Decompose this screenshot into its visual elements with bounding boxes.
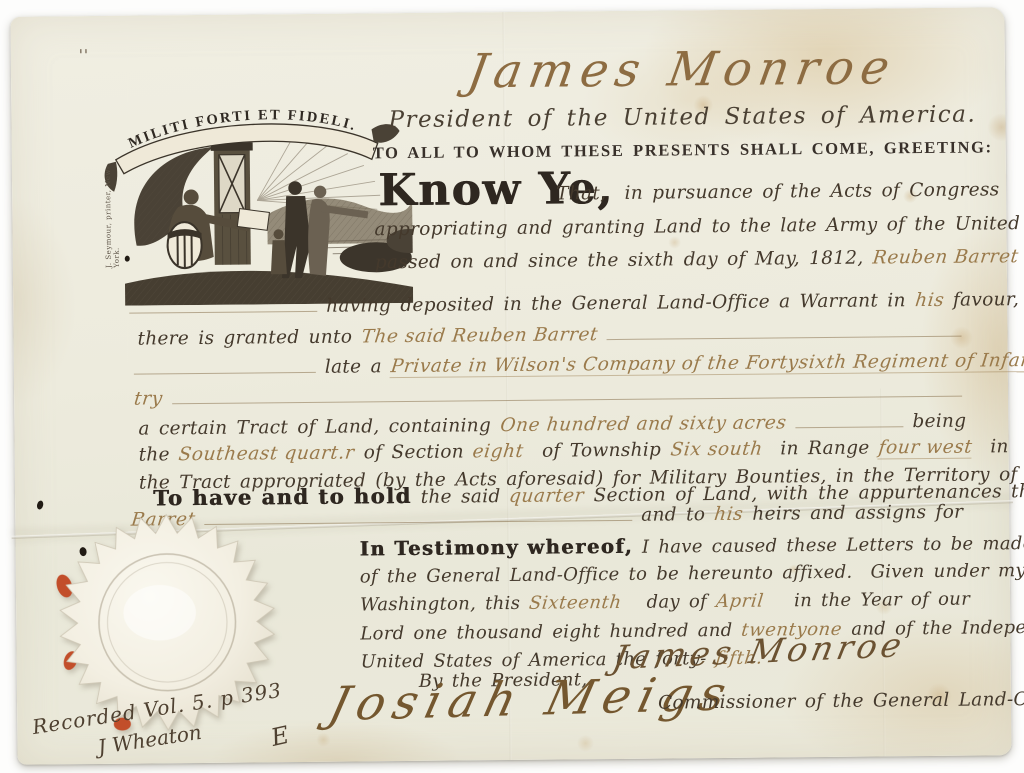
scanned-document-page: '' <box>0 0 1024 773</box>
blank-rule <box>172 379 963 404</box>
in-text: in <box>990 436 1009 457</box>
blank-rule <box>129 294 317 313</box>
tract-text-1: a certain Tract of Land, containing <box>138 415 491 439</box>
year-of-our-text: in the Year of our <box>794 589 970 612</box>
service-continuation-line: try <box>134 379 962 410</box>
testimonium-line-1: In Testimony whereof, I have caused thes… <box>359 529 1024 560</box>
the-text: the <box>139 444 170 465</box>
acreage-line: a certain Tract of Land, containing One … <box>138 409 966 440</box>
seated-figure-head <box>184 189 199 204</box>
opening-line-3: passed on and since the sixth day of May… <box>375 246 1019 273</box>
opening-line-2: appropriating and granting Land to the l… <box>374 212 1024 240</box>
granted-unto-line: there is granted unto The said Reuben Ba… <box>137 319 961 349</box>
land-patent-paper <box>237 209 269 231</box>
corner-pen-mark: '' <box>79 46 89 64</box>
legal-description-line: the Southeast quart.r of Section eight o… <box>139 437 967 467</box>
grantee-name-handwritten: Reuben Barret <box>871 246 1019 268</box>
range-number-handwritten: four west <box>877 437 973 460</box>
testimonium-line-3: Washington, this Sixteenth day of April … <box>360 589 970 616</box>
commissioner-title-text: Commissioner of the General Land-Office. <box>658 689 1024 714</box>
day-of-text: day of <box>647 591 708 613</box>
opening-text-1: That, in pursuance of the Acts of Congre… <box>556 179 1000 204</box>
blank-rule <box>607 319 962 340</box>
of-section-text: of Section <box>364 441 464 463</box>
in-testimony-heading: In Testimony whereof, <box>359 535 633 561</box>
township-number-handwritten: Six south <box>669 439 764 461</box>
printer-credit: J. Seymour, printer, New-York. <box>104 158 121 268</box>
pronoun-his-handwritten: his <box>914 289 946 310</box>
document-header: James Monroe President of the United Sta… <box>367 41 998 163</box>
his-handwritten: his <box>713 503 745 524</box>
and-to-text: and to <box>641 504 705 526</box>
testimonium-line-2: of the General Land-Office to be hereunt… <box>360 558 1024 587</box>
of-township-text: of Township <box>542 440 661 462</box>
granted-unto-text: there is granted unto <box>137 326 352 349</box>
deposit-text-2: favour, numbered <box>953 288 1024 311</box>
examiner-mark: E <box>269 721 292 752</box>
quarter-description-handwritten: Southeast quart.r <box>178 442 356 465</box>
month-handwritten: April <box>715 591 765 612</box>
soldier-head <box>288 181 302 195</box>
president-name-heading: James Monroe <box>363 41 1002 99</box>
opening-line-1: That, in pursuance of the Acts of Congre… <box>556 179 1000 204</box>
heirs-assigns-text: heirs and assigns for <box>752 501 963 524</box>
being-text: being <box>912 410 966 432</box>
child-body <box>271 240 287 274</box>
day-handwritten: Sixteenth <box>528 592 623 614</box>
granted-name-handwritten: The said Reuben Barret <box>360 324 599 347</box>
deposit-text-1: having deposited in the General Land-Off… <box>326 290 906 317</box>
parchment-sheet: '' <box>10 7 1011 765</box>
ink-speck <box>125 256 130 262</box>
military-service-handwritten: Private in Wilson's Company of the Forty… <box>390 349 1024 377</box>
commissioner-title-line: Commissioner of the General Land-Office. <box>658 689 1024 714</box>
service-line: late a Private in Wilson's Company of th… <box>134 349 962 381</box>
opening-text-2: appropriating and granting Land to the l… <box>374 212 1024 240</box>
testimonium-text-2: of the General Land-Office to be hereunt… <box>360 558 1024 587</box>
ink-speck <box>36 500 44 510</box>
wife-head <box>314 186 327 199</box>
infantry-continuation-handwritten: try <box>133 388 164 409</box>
blank-rule <box>795 409 903 428</box>
washington-this-text: Washington, this <box>360 593 520 616</box>
opening-text-3: passed on and since the sixth day of May… <box>375 248 864 274</box>
testimonium-text-1: I have caused these Letters to be made P… <box>642 531 1024 558</box>
in-range-text: in Range <box>780 438 869 460</box>
president-title-line: President of the United States of Americ… <box>367 101 997 133</box>
section-number-handwritten: eight <box>472 441 525 463</box>
acreage-handwritten: One hundred and sixty acres <box>499 412 788 436</box>
blank-rule <box>134 355 316 374</box>
salutation-line: TO ALL TO WHOM THESE PRESENTS SHALL COME… <box>368 137 998 163</box>
engraved-vignette: MILITI FORTI ET FIDELI. <box>71 91 413 306</box>
child-head <box>273 229 283 239</box>
late-a-text: late a <box>325 356 382 378</box>
